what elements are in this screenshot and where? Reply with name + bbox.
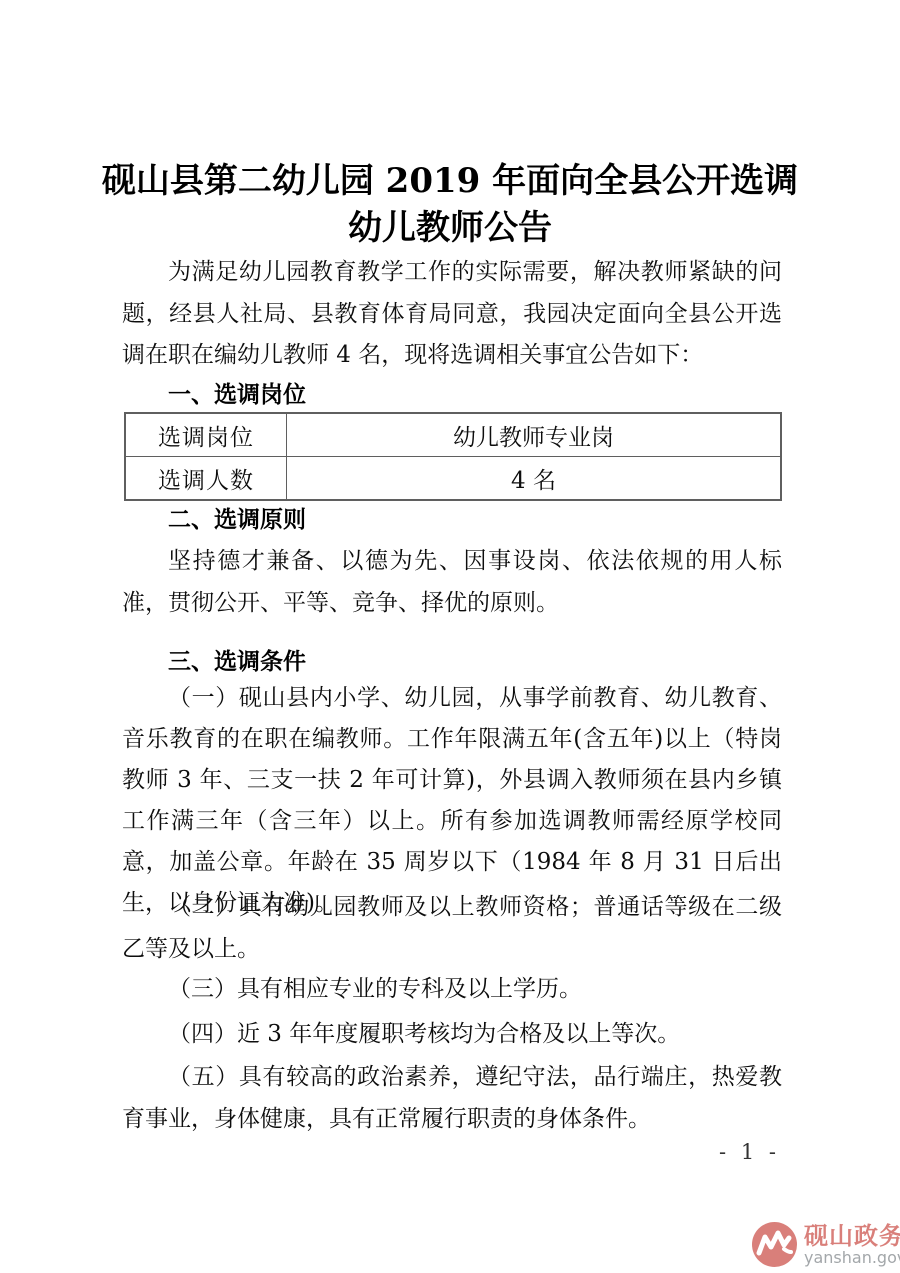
page-title: 砚山县第二幼儿园 2019 年面向全县公开选调 幼儿教师公告 <box>100 158 800 252</box>
section-2-heading: 二、选调原则 <box>168 507 782 533</box>
intro-paragraph: 为满足幼儿园教育教学工作的实际需要，解决教师紧缺的问题，经县人社局、县教育体育局… <box>122 252 782 377</box>
mountain-logo-icon <box>752 1222 797 1267</box>
site-url: yanshan.gov.cn <box>804 1249 900 1266</box>
section-3-heading: 三、选调条件 <box>168 649 782 675</box>
position-table: 选调岗位 幼儿教师专业岗 选调人数 4 名 <box>124 412 782 501</box>
condition-item-5: （五）具有较高的政治素养，遵纪守法，品行端庄，热爱教育事业，身体健康，具有正常履… <box>122 1056 782 1140</box>
condition-item-3: （三）具有相应专业的专科及以上学历。 <box>122 969 782 1011</box>
page-number: - 1 - <box>690 1140 805 1164</box>
headcount-row-value: 4 名 <box>287 457 782 501</box>
section-2-body: 坚持德才兼备、以德为先、因事设岗、依法依规的用人标准，贯彻公开、平等、竞争、择优… <box>122 540 782 624</box>
section-1-heading: 一、选调岗位 <box>168 382 782 408</box>
site-name: 砚山政务网 <box>804 1223 900 1249</box>
watermark-text: 砚山政务网 yanshan.gov.cn <box>804 1223 900 1266</box>
page-title-line-2: 幼儿教师公告 <box>100 205 800 252</box>
page-title-line-1: 砚山县第二幼儿园 2019 年面向全县公开选调 <box>100 158 800 205</box>
headcount-row-label: 选调人数 <box>125 457 287 501</box>
position-row-label: 选调岗位 <box>125 413 287 457</box>
document-page: 砚山县第二幼儿园 2019 年面向全县公开选调 幼儿教师公告 为满足幼儿园教育教… <box>0 0 900 1273</box>
condition-item-2: （二）具有幼儿园教师及以上教师资格；普通话等级在二级乙等及以上。 <box>122 886 782 970</box>
position-row-value: 幼儿教师专业岗 <box>287 413 782 457</box>
condition-item-4: （四）近 3 年年度履职考核均为合格及以上等次。 <box>122 1014 782 1056</box>
site-watermark: 砚山政务网 yanshan.gov.cn <box>752 1222 900 1267</box>
table-row-headcount: 选调人数 4 名 <box>125 457 781 501</box>
table-row-position: 选调岗位 幼儿教师专业岗 <box>125 413 781 457</box>
